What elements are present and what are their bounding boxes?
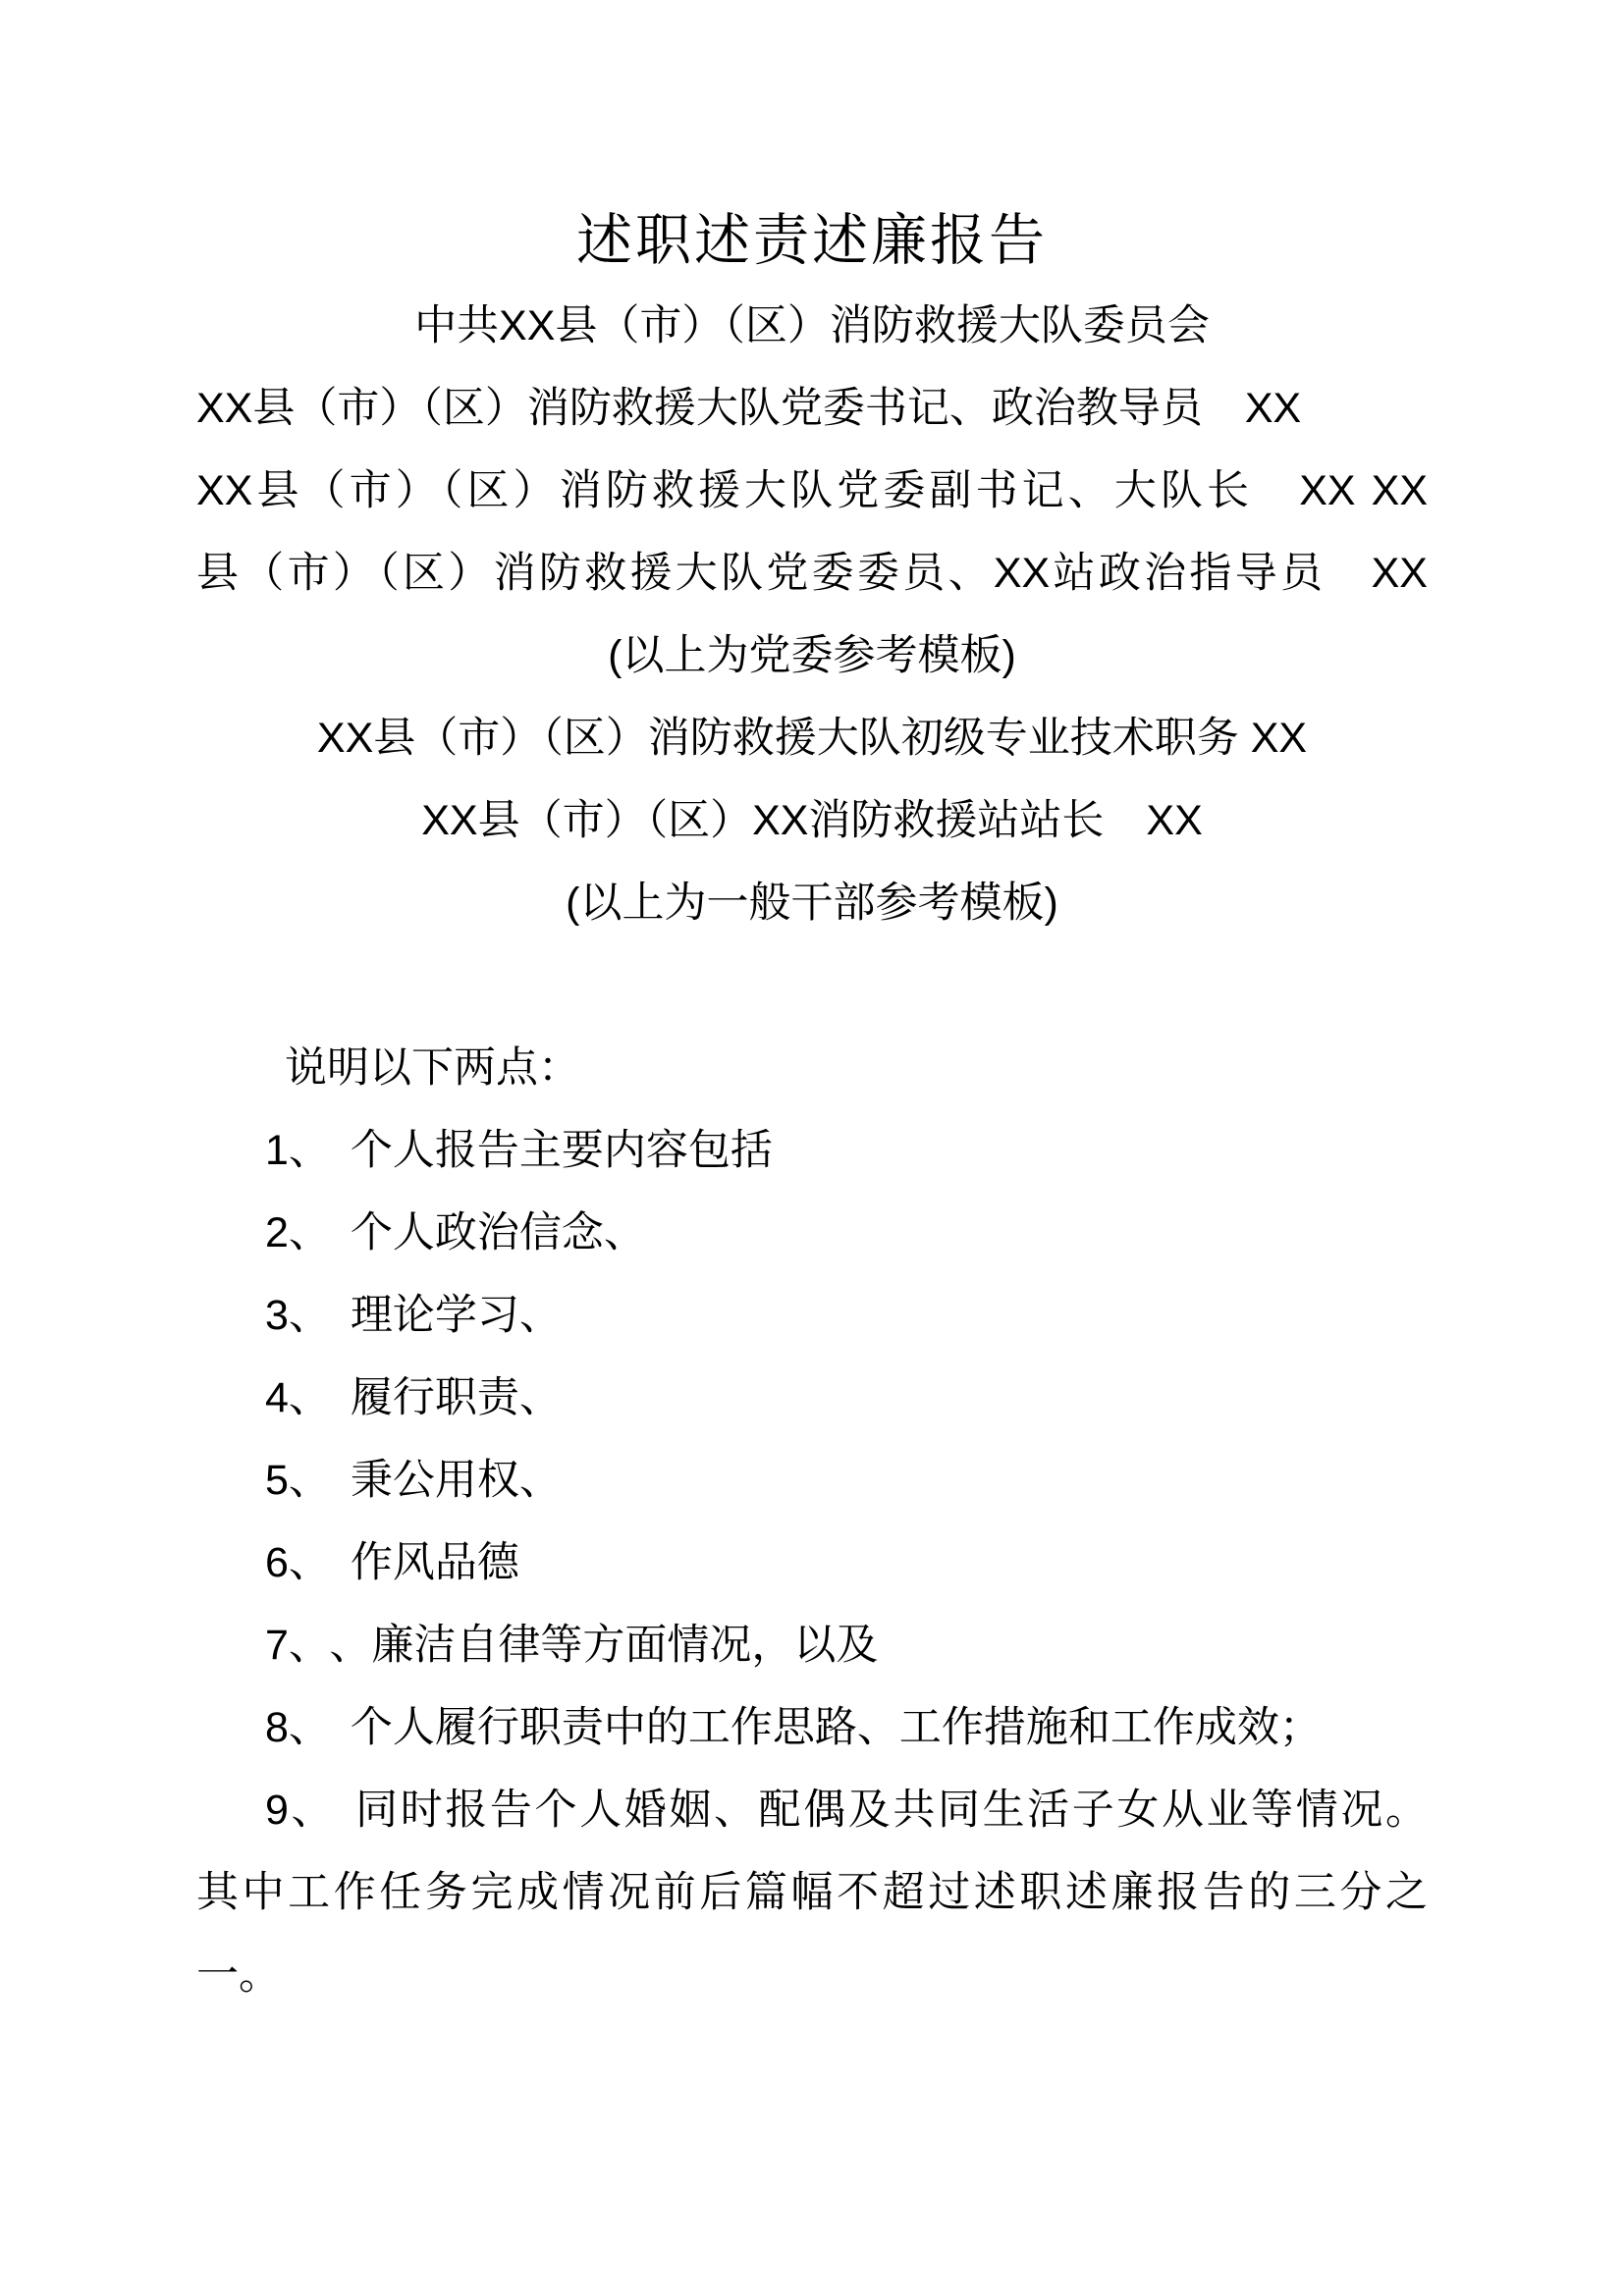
document-page: 述职述责述廉报告 中共XX县（市）（区）消防救援大队委员会 XX县（市）（区）消… — [0, 0, 1624, 2296]
item-text: 、廉洁自律等方面情况，以及 — [329, 1622, 878, 1669]
item-text: 作风品德 — [351, 1539, 519, 1586]
item-text: 同时报告个人婚姻、配偶及共同生活子女从业等情况。 — [355, 1787, 1428, 1834]
list-item-6: 6、作风品德 — [196, 1522, 1428, 1604]
item-number: 3、 — [265, 1292, 331, 1339]
item-text: 履行职责、 — [351, 1374, 562, 1421]
list-item-7: 7、、廉洁自律等方面情况，以及 — [196, 1604, 1428, 1686]
cadre-template-note: (以上为一般干部参考模板) — [196, 862, 1428, 944]
item-number: 5、 — [265, 1457, 331, 1504]
list-item-5: 5、秉公用权、 — [196, 1439, 1428, 1522]
list-item-9: 9、同时报告个人婚姻、配偶及共同生活子女从业等情况。 — [196, 1769, 1428, 1851]
item-number: 1、 — [265, 1127, 331, 1174]
item-number: 7、 — [265, 1622, 309, 1669]
item-text: 秉公用权、 — [351, 1457, 562, 1504]
item-text: 个人政治信念、 — [351, 1209, 646, 1256]
document-title: 述职述责述廉报告 — [196, 196, 1428, 285]
item-number: 2、 — [265, 1209, 331, 1256]
item9-continuation-line: 其中工作任务完成情况前后篇幅不超过述职述廉报告的三分之 — [196, 1851, 1428, 1934]
list-item-2: 2、个人政治信念、 — [196, 1192, 1428, 1274]
list-item-8: 8、个人履行职责中的工作思路、工作措施和工作成效； — [196, 1686, 1428, 1769]
list-item-1: 1、个人报告主要内容包括 — [196, 1109, 1428, 1192]
technical-post-line: XX县（市）（区）消防救援大队初级专业技术职务 XX — [196, 697, 1428, 779]
party-member-line: 县（市）（区）消防救援大队党委委员、XX站政治指导员 XX — [196, 532, 1428, 614]
item-text: 理论学习、 — [351, 1292, 562, 1339]
org-committee-line: 中共XX县（市）（区）消防救援大队委员会 — [196, 285, 1428, 367]
station-chief-line: XX县（市）（区）XX消防救援站站长 XX — [196, 779, 1428, 862]
party-template-note: (以上为党委参考模板) — [196, 614, 1428, 697]
item-text: 个人履行职责中的工作思路、工作措施和工作成效； — [351, 1704, 1322, 1751]
intro-line: 说明以下两点： — [196, 1027, 1428, 1109]
list-item-3: 3、理论学习、 — [196, 1274, 1428, 1357]
list-item-4: 4、履行职责、 — [196, 1357, 1428, 1439]
item-number: 4、 — [265, 1374, 331, 1421]
party-secretary-line: XX县（市）（区）消防救援大队党委书记、政治教导员 XX — [196, 367, 1428, 450]
item-text: 个人报告主要内容包括 — [351, 1127, 773, 1174]
item-number: 6、 — [265, 1539, 331, 1586]
item-number: 8、 — [265, 1704, 331, 1751]
party-deputy-secretary-line: XX县（市）（区）消防救援大队党委副书记、大队长 XX XX — [196, 450, 1428, 532]
item9-continuation-end: 一。 — [196, 1934, 1428, 2016]
item-number: 9、 — [265, 1787, 336, 1834]
blank-line — [196, 944, 1428, 1027]
